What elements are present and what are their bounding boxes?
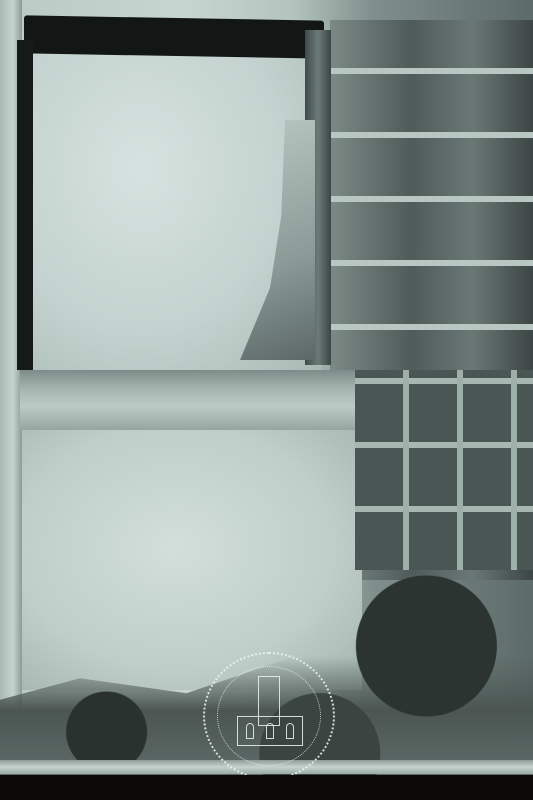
arch-window-icon <box>246 723 254 739</box>
niche-frame-left <box>17 40 33 370</box>
niche-frame-top <box>24 15 324 58</box>
wall-scene <box>0 0 533 775</box>
arch-window-icon <box>266 723 274 739</box>
brick-wall-lower <box>355 370 533 570</box>
arch-window-icon <box>286 723 294 739</box>
watermark-seal <box>203 652 335 775</box>
church-building-icon <box>237 716 303 746</box>
bottom-black-band <box>0 775 533 800</box>
photograph <box>0 0 533 800</box>
